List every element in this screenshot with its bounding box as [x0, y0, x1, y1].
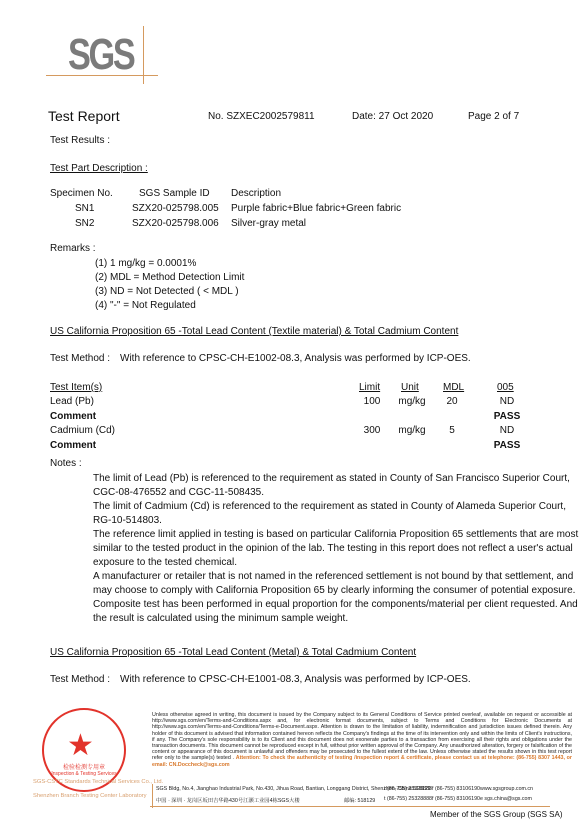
email: e sgs.china@sgs.com	[480, 796, 532, 802]
col-header-sample-id: SGS Sample ID	[139, 188, 210, 199]
footer-divider-vertical	[152, 784, 153, 808]
member-line: Member of the SGS Group (SGS SA)	[430, 810, 563, 819]
page-indicator: Page 2 of 7	[468, 111, 519, 122]
col-header-sample-005: 005	[497, 382, 514, 393]
limit-value: 300	[358, 425, 386, 436]
company-branch: Shenzhen Branch Testing Center Laborator…	[33, 792, 147, 798]
test-item: Cadmium (Cd)	[50, 425, 115, 436]
sample-description: Purple fabric+Blue fabric+Green fabric	[231, 203, 401, 214]
remark-item: (2) MDL = Method Detection Limit	[95, 272, 244, 283]
result-value: PASS	[492, 411, 522, 422]
result-value: ND	[492, 396, 522, 407]
col-header-test-item: Test Item(s)	[50, 382, 102, 393]
col-header-mdl: MDL	[443, 382, 464, 393]
part-description-heading: Test Part Description :	[50, 163, 148, 174]
phone-chinese: t (86-755) 25328888	[384, 796, 432, 802]
remark-item: (4) "-" = Not Regulated	[95, 300, 196, 311]
section1-method-label: Test Method :	[50, 353, 110, 364]
note-paragraph: Composite test has been performed in equ…	[93, 598, 579, 626]
sgs-logo: SGS	[46, 26, 158, 86]
section2-heading: US California Proposition 65 -Total Lead…	[50, 647, 416, 658]
notes-list: The limit of Lead (Pb) is referenced to …	[93, 472, 579, 626]
col-header-description: Description	[231, 188, 281, 199]
remark-item: (1) 1 mg/kg = 0.0001%	[95, 258, 196, 269]
note-paragraph: The limit of Cadmium (Cd) is referenced …	[93, 500, 579, 528]
note-paragraph: The reference limit applied in testing i…	[93, 528, 579, 570]
legal-text: Unless otherwise agreed in writing, this…	[152, 712, 572, 761]
section1-heading: US California Proposition 65 -Total Lead…	[50, 326, 458, 337]
address-chinese: 中国 · 深圳 · 龙岗区坂田吉华路430号江灏工业园4栋SGS大楼	[156, 796, 300, 804]
specimen-no: SN2	[75, 218, 94, 229]
col-header-specimen: Specimen No.	[50, 188, 113, 199]
logo-text: SGS	[68, 30, 133, 80]
specimen-no: SN1	[75, 203, 94, 214]
test-item: Comment	[50, 411, 96, 422]
result-value: ND	[492, 425, 522, 436]
section2-method-text: With reference to CPSC-CH-E1001-08.3, An…	[120, 674, 471, 685]
section2-method-label: Test Method :	[50, 674, 110, 685]
logo-vertical-rule	[143, 26, 144, 84]
sample-id: SZX20-025798.006	[132, 218, 219, 229]
remark-item: (3) ND = Not Detected ( < MDL )	[95, 286, 239, 297]
report-title: Test Report	[48, 108, 120, 124]
fax-english: f (86-755) 83106190	[432, 786, 480, 792]
postcode-chinese: 邮编: 518129	[344, 796, 375, 804]
remarks-label: Remarks :	[50, 243, 96, 254]
sample-description: Silver-gray metal	[231, 218, 306, 229]
logo-horizontal-rule	[46, 75, 158, 76]
mdl-value: 5	[440, 425, 464, 436]
stamp-subtext: Inspection & Testing Services	[44, 771, 124, 777]
footer-divider	[150, 806, 550, 807]
col-header-unit: Unit	[401, 382, 419, 393]
star-icon: ★	[67, 728, 94, 763]
fax-chinese: f (86-755) 83106190	[432, 796, 480, 802]
legal-disclaimer: Unless otherwise agreed in writing, this…	[152, 712, 572, 768]
sample-id: SZX20-025798.005	[132, 203, 219, 214]
test-item: Lead (Pb)	[50, 396, 94, 407]
test-item: Comment	[50, 440, 96, 451]
note-paragraph: A manufacturer or retailer that is not n…	[93, 570, 579, 598]
phone-english: t (86-755) 25328888	[384, 786, 432, 792]
website: www.sgsgroup.com.cn	[480, 786, 533, 792]
result-value: PASS	[492, 440, 522, 451]
notes-label: Notes :	[50, 458, 82, 469]
report-date: Date: 27 Oct 2020	[352, 111, 433, 122]
company-name: SGS-CSTC Standards Technical Services Co…	[33, 778, 163, 784]
col-header-limit: Limit	[359, 382, 380, 393]
unit-value: mg/kg	[396, 425, 428, 436]
limit-value: 100	[358, 396, 386, 407]
unit-value: mg/kg	[396, 396, 428, 407]
stamp-text: 检验检测专用章	[44, 762, 124, 771]
section1-method-text: With reference to CPSC-CH-E1002-08.3, An…	[120, 353, 471, 364]
note-paragraph: The limit of Lead (Pb) is referenced to …	[93, 472, 579, 500]
test-results-label: Test Results :	[50, 135, 110, 146]
mdl-value: 20	[440, 396, 464, 407]
report-number: No. SZXEC2002579811	[208, 111, 315, 122]
